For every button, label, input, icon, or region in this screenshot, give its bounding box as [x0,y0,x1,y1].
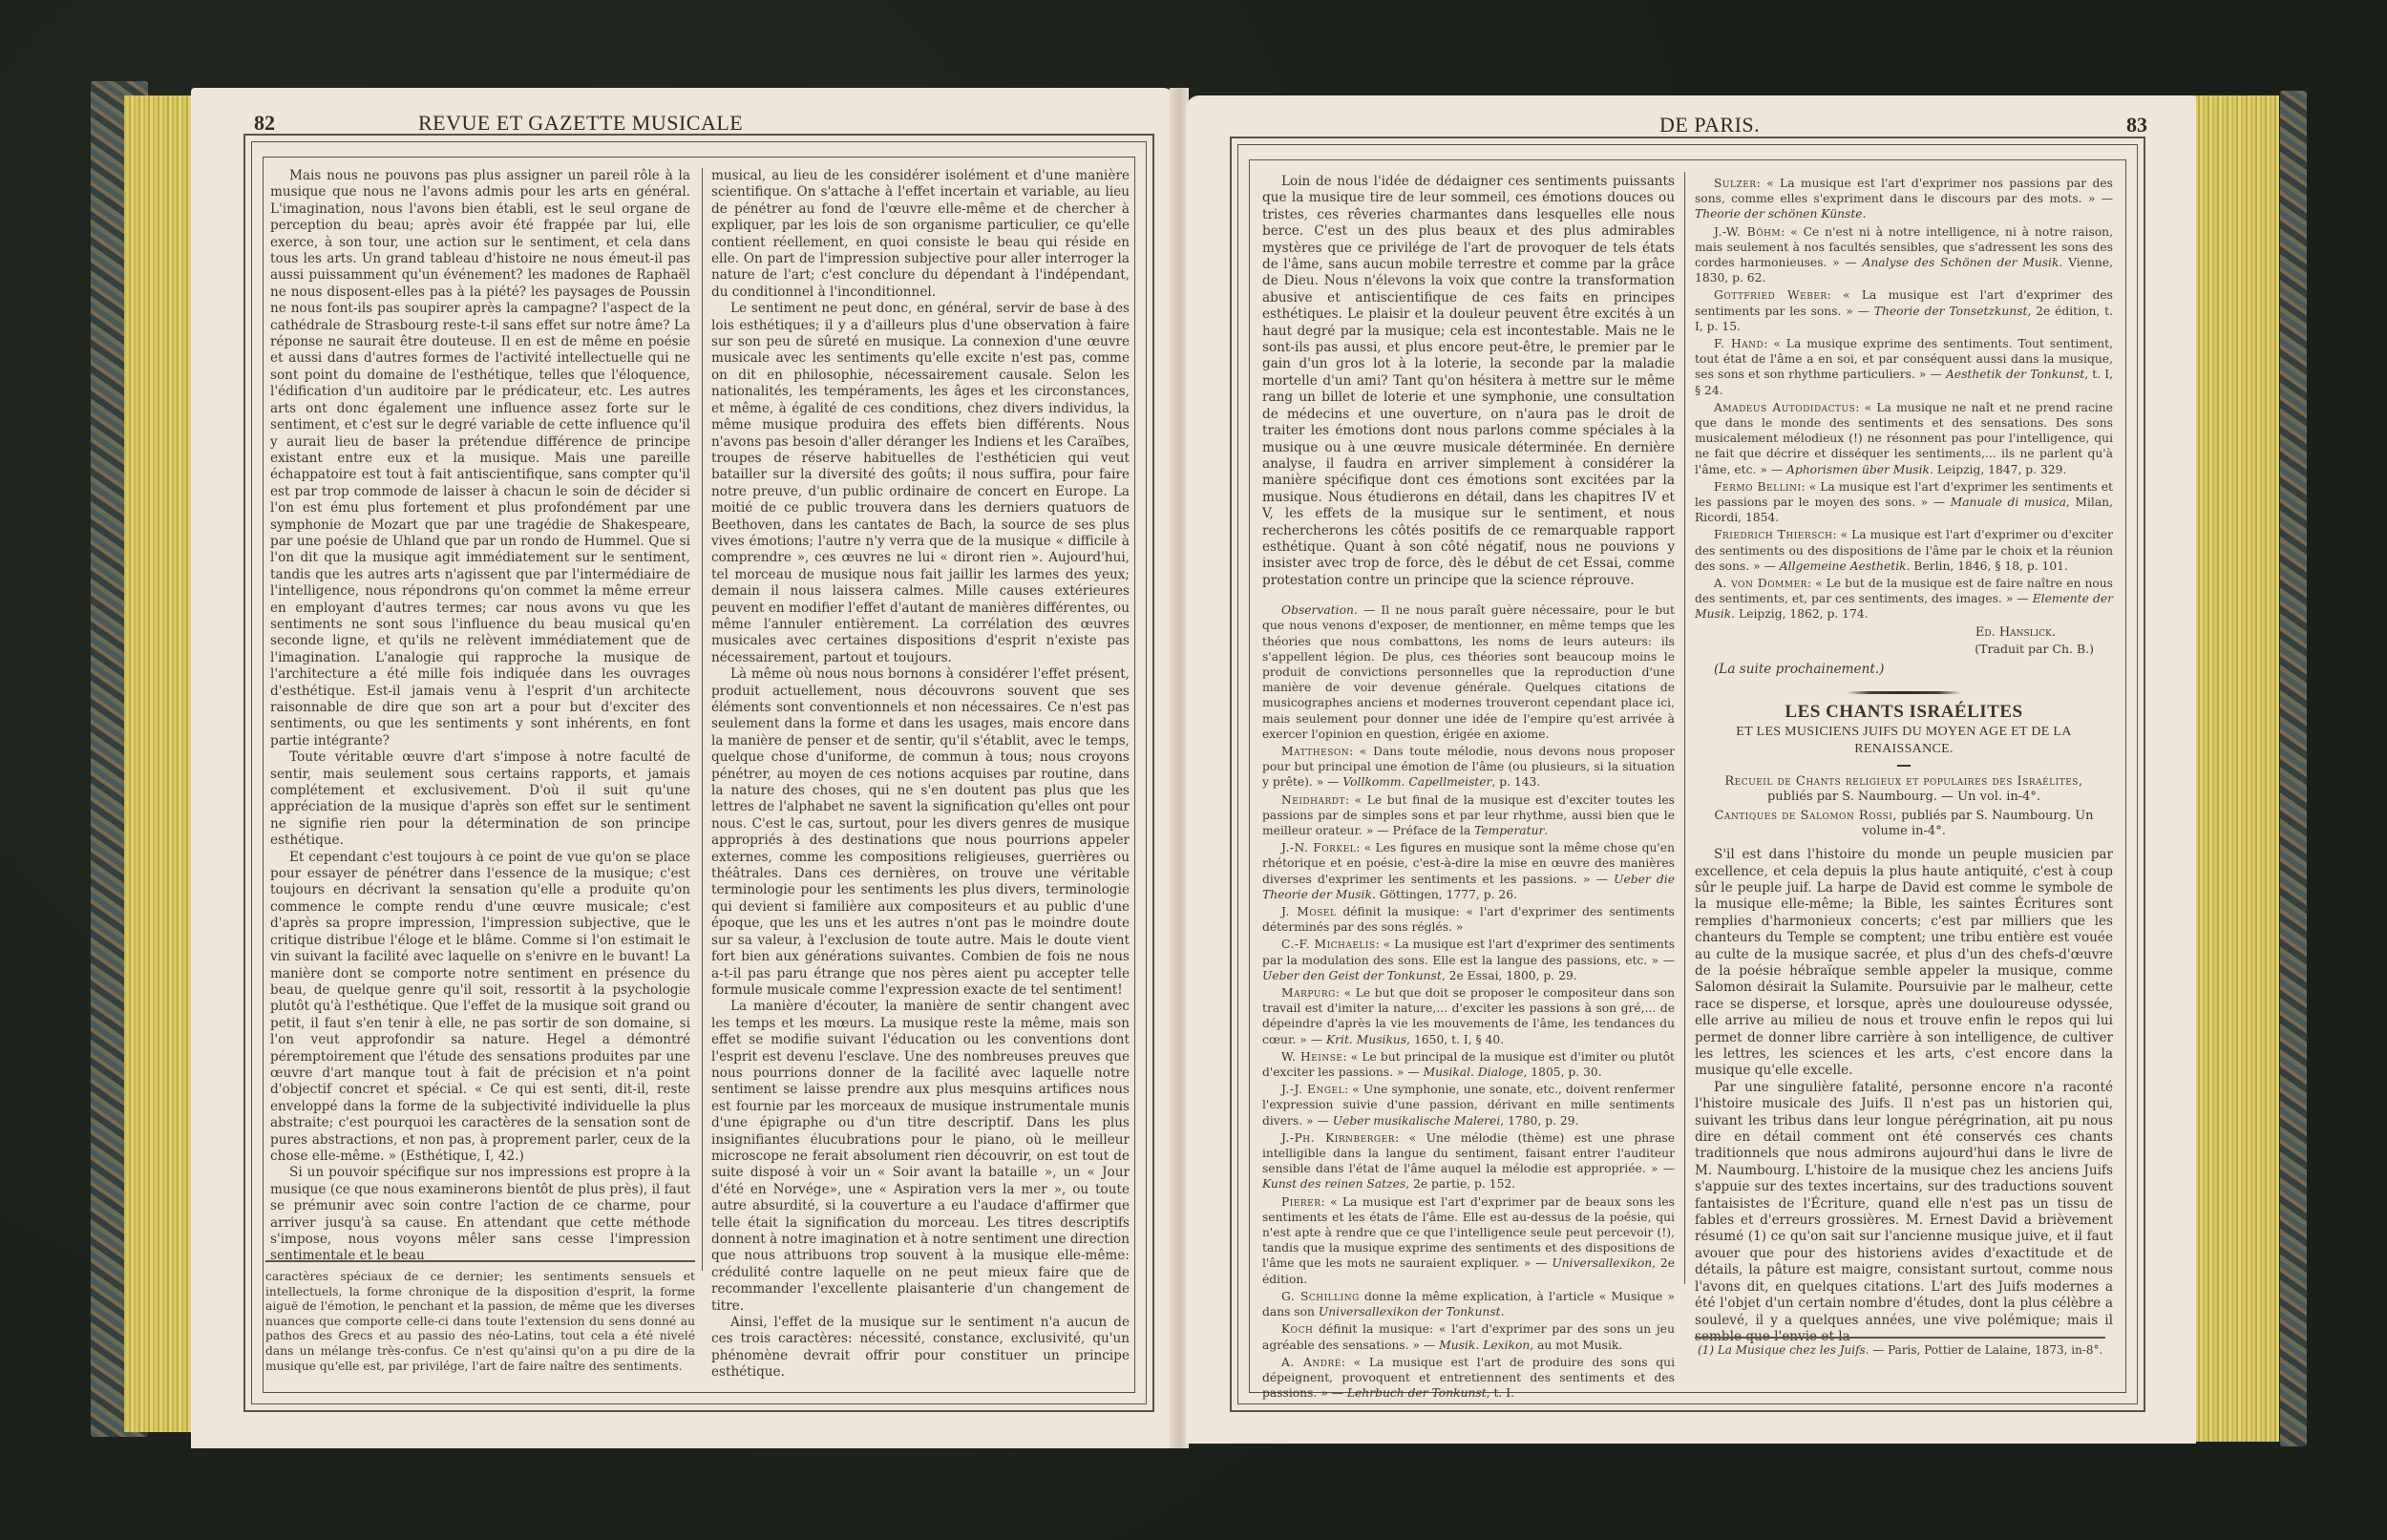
citation-author: J.-J. Engel [1281,1083,1344,1096]
citation-author: C.-F. Michaelis [1281,938,1376,951]
paragraph: Là même où nous nous bornons à considére… [711,666,1130,999]
citation-source: Aesthetik der Tonkunst [1946,368,2084,381]
citation: Neidhardt: « Le but final de la musique … [1262,792,1675,839]
citation-tail: . [1501,1305,1505,1318]
left-page-number: 82 [254,111,275,136]
left-page-column-2: musical, au lieu de les considérer isolé… [711,168,1130,1382]
right-page-column-1: Loin de nous l'idée de dédaigner ces sen… [1262,174,1675,1401]
citation: Gottfried Weber: « La musique est l'art … [1695,287,2113,334]
page-edges-right [2193,95,2279,1442]
citation-source: Vollkomm. Capellmeister [1342,775,1491,789]
citation-tail: , au mot Musik. [1530,1339,1622,1352]
citation-tail: , p. 143. [1491,775,1540,789]
left-column-rule [702,168,703,1271]
paragraph: Le sentiment ne peut donc, en général, s… [711,301,1130,666]
citation-tail: , 1650, t. I, § 40. [1406,1033,1504,1046]
paragraph: Par une singulière fatalité, personne en… [1695,1080,2113,1346]
continuation-rule [265,1260,695,1262]
citation-source: Theorie der Tonsetzkunst [1874,305,2028,318]
citation-author: W. Heinse [1281,1050,1342,1064]
paragraph: musical, au lieu de les considérer isolé… [711,168,1130,301]
citation-tail: , 1780, p. 29. [1500,1114,1578,1128]
citation: Amadeus Autodidactus: « La musique ne na… [1695,400,2113,477]
citation-author: J.-W. Böhm [1714,225,1781,239]
citation: Fermo Bellini: « La musique est l'art d'… [1695,479,2113,526]
citation-author: Marpurg [1281,986,1336,1000]
citation: J.-N. Forkel: « Les figures en musique s… [1262,840,1675,902]
footnote: (1) La Musique chez les Juifs. — Paris, … [1698,1343,2106,1358]
author-signature: Ed. Hanslick. [1695,624,2056,641]
citation-tail: . Göttingen, 1777, p. 26. [1372,888,1517,901]
citation-source: Musik. Lexikon [1439,1339,1530,1352]
citation-source: Universallexikon der Tonkunst [1319,1305,1501,1318]
citation-tail: . [1544,824,1548,837]
citation-author: J.-N. Forkel [1281,841,1356,854]
paragraph: S'il est dans l'histoire du monde un peu… [1695,847,2113,1080]
article-subtitle: ET LES MUSICIENS JUIFS DU MOYEN AGE ET D… [1695,724,2113,757]
citation: Koch définit la musique: « l'art d'expri… [1262,1321,1675,1352]
citation-author: Amadeus Autodidactus [1714,401,1855,414]
citation-source: Ueber den Geist der Tonkunst [1262,969,1442,982]
right-page-column-2: Sulzer: « La musique est l'art d'exprime… [1695,174,2113,1345]
continuation-note: (La suite prochainement.) [1695,662,2113,678]
right-running-head: DE PARIS. [1659,113,1760,137]
paragraph: caractères spéciaux de ce dernier; les s… [265,1270,695,1374]
title-dash [1897,765,1911,767]
citation-source: Universallexikon [1552,1256,1652,1270]
citation: Sulzer: « La musique est l'art d'exprime… [1695,176,2113,222]
citation-author: Friedrich Thiersch [1714,528,1833,541]
citation-tail: . [1863,207,1867,221]
citation-tail: . Leipzig, 1847, p. 329. [1930,463,2066,476]
citation-author: Koch [1281,1322,1313,1336]
left-page-column-1-continuation: caractères spéciaux de ce dernier; les s… [265,1270,695,1374]
citation-author: Fermo Bellini [1714,480,1802,494]
right-column-rule [1684,172,1685,1284]
citation: Friedrich Thiersch: « La musique est l'a… [1695,527,2113,574]
citation-source: Kunst des reinen Satzes [1262,1177,1405,1191]
citation: J.-Ph. Kirnberger: « Une mélodie (thème)… [1262,1130,1675,1192]
observation-label: Observation. [1281,603,1358,617]
citation-author: J. Mosel [1281,905,1336,918]
citation-author: Pierer [1281,1195,1321,1209]
citation: A. von Dommer: « Le but de la musique es… [1695,576,2113,622]
paragraph: Si un pouvoir spécifique sur nos impress… [270,1165,690,1264]
citation-source: Musikal. Dialoge [1424,1065,1524,1079]
citation-tail: , 2e partie, p. 152. [1405,1177,1515,1191]
citation: J.-J. Engel: « Une symphonie, une sonate… [1262,1082,1675,1129]
citation-author: Neidhardt [1281,793,1345,807]
citation: Mattheson: « Dans toute mélodie, nous de… [1262,744,1675,791]
citation-source: Analyse des Schönen der Musik [1862,256,2059,269]
citation: J. Mosel définit la musique: « l'art d'e… [1262,904,1675,935]
reviewed-work-2: Cantiques de Salomon Rossi, publiés par … [1695,809,2113,839]
citation-tail: , 2e Essai, 1800, p. 29. [1442,969,1577,982]
citation-text: : « La musique est l'art d'exprimer nos … [1695,177,2113,205]
citation-source: Temperatur [1474,824,1544,837]
citation: C.-F. Michaelis: « La musique est l'art … [1262,937,1675,983]
citation: J.-W. Böhm: « Ce n'est ni à notre intell… [1695,224,2113,286]
translator-credit: (Traduit par Ch. B.) [1695,641,2094,657]
citation-tail: . Leipzig, 1862, p. 174. [1731,607,1868,621]
citation-author: Sulzer [1714,177,1757,190]
citation-author: A. André [1281,1356,1341,1369]
citation-author: Gottfried Weber [1714,288,1827,302]
citation-source: Theorie der schönen Künste [1695,207,1863,221]
footnote-text: — Paris, Pottier de Lalaine, 1873, in-8°… [1872,1343,2102,1357]
observation-block: Observation. — Il ne nous paraît guère n… [1262,602,1675,1401]
footnote-rule [1695,1337,2105,1339]
citation-source: Ueber musikalische Malerei [1333,1114,1501,1128]
citation-author: A. von Dommer [1714,577,1807,590]
citation-source: Allgemeine Aesthetik [1780,559,1907,573]
citation: A. André: « La musique est l'art de prod… [1262,1355,1675,1402]
page-edges-left [124,95,191,1432]
paragraph: Ainsi, l'effet de la musique sur le sent… [711,1315,1130,1382]
left-running-head: REVUE ET GAZETTE MUSICALE [418,111,743,136]
reviewed-work-1: Recueil de Chants religieux et populaire… [1695,774,2113,805]
citation-tail: , 1805, p. 30. [1523,1065,1601,1079]
citation-author: F. Hand [1714,337,1764,350]
footnote-title: (1) La Musique chez les Juifs. [1698,1343,1869,1357]
citation: Pierer: « La musique est l'art d'exprime… [1262,1194,1675,1287]
citation-author: J.-Ph. Kirnberger [1281,1131,1395,1145]
citation: G. Schilling donne la même explication, … [1262,1289,1675,1319]
citation-source: Manuale di musica [1951,496,2066,509]
citation-tail: , t. I. [1487,1386,1514,1400]
citation-source: Aphorismen über Musik [1786,463,1930,476]
citation: F. Hand: « La musique exprime des sentim… [1695,336,2113,398]
section-ornament [1847,691,1961,694]
citation-source: Lehrbuch der Tonkunst [1347,1386,1487,1400]
paragraph: Toute véritable œuvre d'art s'impose à n… [270,749,690,849]
citations-list: Sulzer: « La musique est l'art d'exprime… [1695,176,2113,622]
right-page-number: 83 [2126,113,2147,137]
citation-source: Krit. Musikus [1326,1033,1406,1046]
paragraph: Mais nous ne pouvons pas plus assigner u… [270,168,690,749]
citation-tail: . Berlin, 1846, § 18, p. 101. [1907,559,2068,573]
citation: Marpurg: « Le but que doit se proposer l… [1262,985,1675,1047]
article-title: LES CHANTS ISRAÉLITES [1695,704,2113,720]
book-cover-right [2280,91,2307,1446]
paragraph: Et cependant c'est toujours à ce point d… [270,850,690,1166]
citation-author: G. Schilling [1281,1290,1360,1303]
citation: W. Heinse: « Le but principal de la musi… [1262,1049,1675,1080]
left-page-column-1: Mais nous ne pouvons pas plus assigner u… [270,168,690,1265]
paragraph: La manière d'écouter, la manière de sent… [711,999,1130,1315]
paragraph: Loin de nous l'idée de dédaigner ces sen… [1262,174,1675,589]
observation-text: — Il ne nous paraît guère nécessaire, po… [1262,603,1675,741]
citation-author: Mattheson [1281,745,1349,758]
